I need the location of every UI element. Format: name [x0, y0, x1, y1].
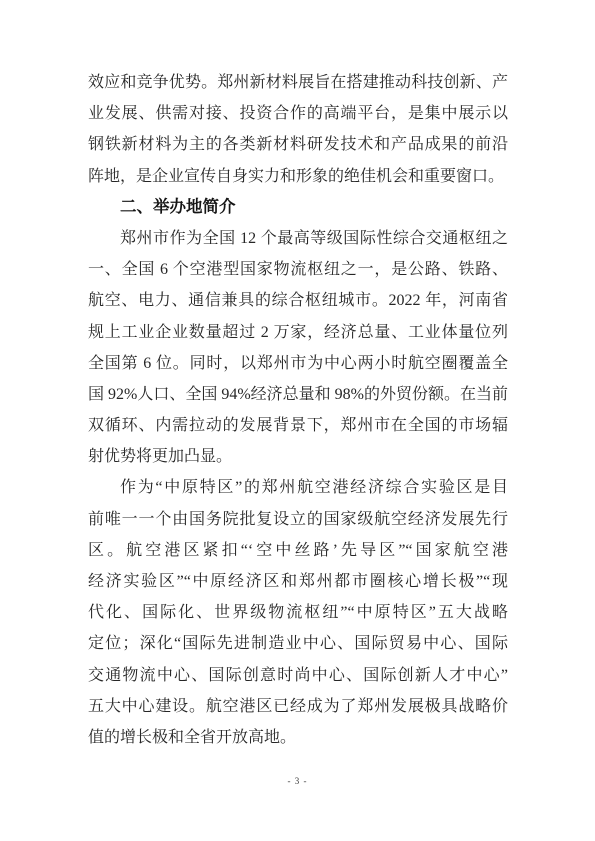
text-line: 定位；深化“国际先进制造业中心、国际贸易中心、国际 [88, 628, 508, 659]
text-line: 代化、国际化、世界级物流枢纽”“中原特区”五大战略 [88, 597, 508, 628]
text-line: 一、全国 6 个空港型国家物流枢纽之一，是公路、铁路、 [88, 254, 508, 285]
text-line: 区。航空港区紧扣“‘空中丝路’先导区”“国家航空港 [88, 535, 508, 566]
text-line: 阵地，是企业宣传自身实力和形象的绝佳机会和重要窗口。 [88, 161, 508, 192]
text-line: 五大中心建设。航空港区已经成为了郑州发展极具战略价 [88, 691, 508, 722]
text-line: 航空、电力、通信兼具的综合枢纽城市。2022 年，河南省 [88, 285, 508, 316]
text-line: 效应和竞争优势。郑州新材料展旨在搭建推动科技创新、产 [88, 67, 508, 98]
text-line: 国 92%人口、全国 94%经济总量和 98%的外贸份额。在当前 [88, 379, 508, 410]
text-line: 钢铁新材料为主的各类新材料研发技术和产品成果的前沿 [88, 129, 508, 160]
text-line: 全国第 6 位。同时，以郑州市为中心两小时航空圈覆盖全 [88, 348, 508, 379]
text-line: 值的增长极和全省开放高地。 [88, 722, 508, 753]
text-line: 业发展、供需对接、投资合作的高端平台，是集中展示以 [88, 98, 508, 129]
text-line: 经济实验区”“中原经济区和郑州都市圈核心增长极”“现 [88, 566, 508, 597]
document-page: 效应和竞争优势。郑州新材料展旨在搭建推动科技创新、产 业发展、供需对接、投资合作… [0, 0, 595, 841]
text-line: 前唯一一个由国务院批复设立的国家级航空经济发展先行 [88, 504, 508, 535]
text-line: 双循环、内需拉动的发展背景下，郑州市在全国的市场辐 [88, 410, 508, 441]
text-line: 交通物流中心、国际创意时尚中心、国际创新人才中心” [88, 660, 508, 691]
page-number: - 3 - [0, 776, 595, 786]
section-heading: 二、举办地简介 [88, 192, 508, 223]
text-line: 射优势将更加凸显。 [88, 441, 508, 472]
text-line: 规上工业企业数量超过 2 万家，经济总量、工业体量位列 [88, 317, 508, 348]
text-line: 作为“中原特区”的郑州航空港经济综合实验区是目 [88, 472, 508, 503]
text-line: 郑州市作为全国 12 个最高等级国际性综合交通枢纽之 [88, 223, 508, 254]
document-body: 效应和竞争优势。郑州新材料展旨在搭建推动科技创新、产 业发展、供需对接、投资合作… [88, 67, 508, 753]
